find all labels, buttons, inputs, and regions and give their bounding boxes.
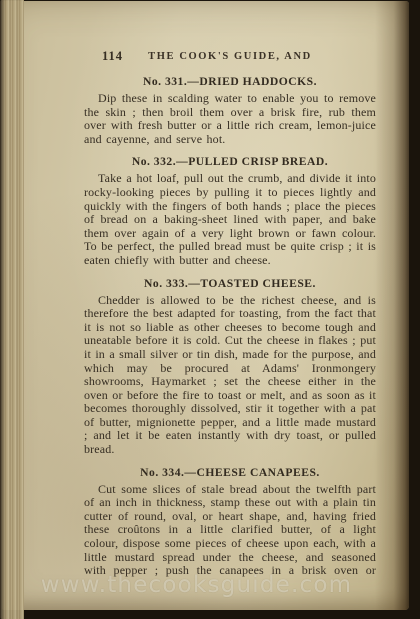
recipe-heading: No. 333.—TOASTED CHEESE. bbox=[84, 277, 376, 290]
recipe-heading: No. 332.—PULLED CRISP BREAD. bbox=[84, 155, 376, 168]
recipe-heading: No. 331.—DRIED HADDOCKS. bbox=[84, 75, 376, 88]
recipe-body: Dip these in scalding water to enable yo… bbox=[84, 92, 376, 146]
book-edge-texture bbox=[0, 0, 24, 619]
recipe-heading: No. 334.—CHEESE CANAPEES. bbox=[84, 466, 376, 479]
paper-surface: 114 THE COOK'S GUIDE, AND No. 331.—DRIED… bbox=[2, 1, 409, 610]
running-header: THE COOK'S GUIDE, AND bbox=[84, 51, 376, 62]
recipe-section-334: No. 334.—CHEESE CANAPEES. Cut some slice… bbox=[84, 466, 376, 578]
recipe-section-333: No. 333.—TOASTED CHEESE. Chedder is allo… bbox=[84, 277, 376, 457]
recipe-body: Chedder is allowed to be the richest che… bbox=[84, 294, 376, 457]
recipe-section-332: No. 332.—PULLED CRISP BREAD. Take a hot … bbox=[84, 155, 376, 267]
page-content: 114 THE COOK'S GUIDE, AND No. 331.—DRIED… bbox=[84, 49, 376, 578]
scanned-book-page: 114 THE COOK'S GUIDE, AND No. 331.—DRIED… bbox=[0, 0, 420, 619]
recipe-body: Cut some slices of stale bread about the… bbox=[84, 483, 376, 578]
recipe-body: Take a hot loaf, pull out the crumb, and… bbox=[84, 172, 376, 267]
gutter-shadow bbox=[375, 1, 409, 610]
watermark: www.thecooksguide.com bbox=[2, 572, 391, 598]
page-header: 114 THE COOK'S GUIDE, AND bbox=[84, 49, 376, 65]
recipe-section-331: No. 331.—DRIED HADDOCKS. Dip these in sc… bbox=[84, 75, 376, 146]
